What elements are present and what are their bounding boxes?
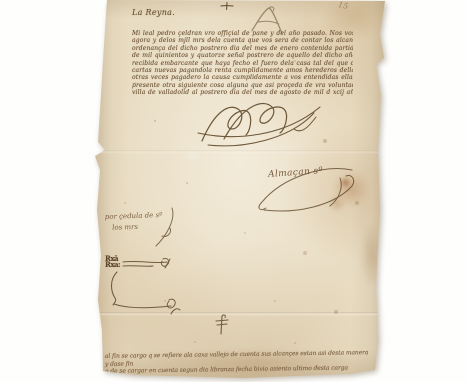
registry-mark: Rxā Rxa: bbox=[105, 256, 211, 318]
secretary-countersignature: Almaçan sº bbox=[252, 164, 370, 214]
manuscript-paper: 15 La Reyna. Mi leal pedro çeldran vro o… bbox=[94, 0, 386, 380]
stain-right-edge bbox=[360, 222, 384, 288]
letter-body-line: ordenança del dicho postrero dia del mes… bbox=[132, 45, 353, 52]
letter-body-line: Mi leal pedro çeldran vro offiçial de pa… bbox=[132, 30, 353, 37]
secretary-flourish bbox=[252, 164, 370, 214]
invocation-cross-icon bbox=[219, 1, 235, 11]
letter-body-line: de mil quinientos y quatorze señal postr… bbox=[132, 52, 353, 59]
letter-body-line: agora y delos mjll mrs dela cuenta que v… bbox=[132, 37, 353, 44]
letter-body: Mi leal pedro çeldran vro offiçial de pa… bbox=[132, 30, 353, 97]
notary-cross-mark bbox=[213, 313, 231, 339]
margin-note-flourish bbox=[152, 206, 178, 248]
folio-number: 15 bbox=[337, 0, 349, 11]
salutation: La Reyna. bbox=[132, 8, 175, 17]
manuscript-paper-wrap: 15 La Reyna. Mi leal pedro çeldran vro o… bbox=[0, 0, 468, 382]
fold-crease-upper bbox=[94, 150, 386, 154]
photograph-background: 15 La Reyna. Mi leal pedro çeldran vro o… bbox=[0, 0, 468, 382]
registry-bracket-lines bbox=[105, 256, 211, 318]
queen-signature-rubric bbox=[194, 95, 326, 149]
docket-note: al fin se cargo q se refiere ala caxa va… bbox=[105, 349, 369, 375]
letter-body-line: cartas nuevas pagandola renta cumplidame… bbox=[132, 67, 353, 74]
letter-body-line: otras veces pagadero la causa cumplidame… bbox=[132, 74, 353, 81]
letter-body-line: presente otra siguiente cosa alguna que … bbox=[132, 82, 353, 89]
letter-body-line: recibida embarcante que haya fecho el fu… bbox=[132, 60, 353, 67]
foxing-speckles bbox=[94, 0, 96, 2]
